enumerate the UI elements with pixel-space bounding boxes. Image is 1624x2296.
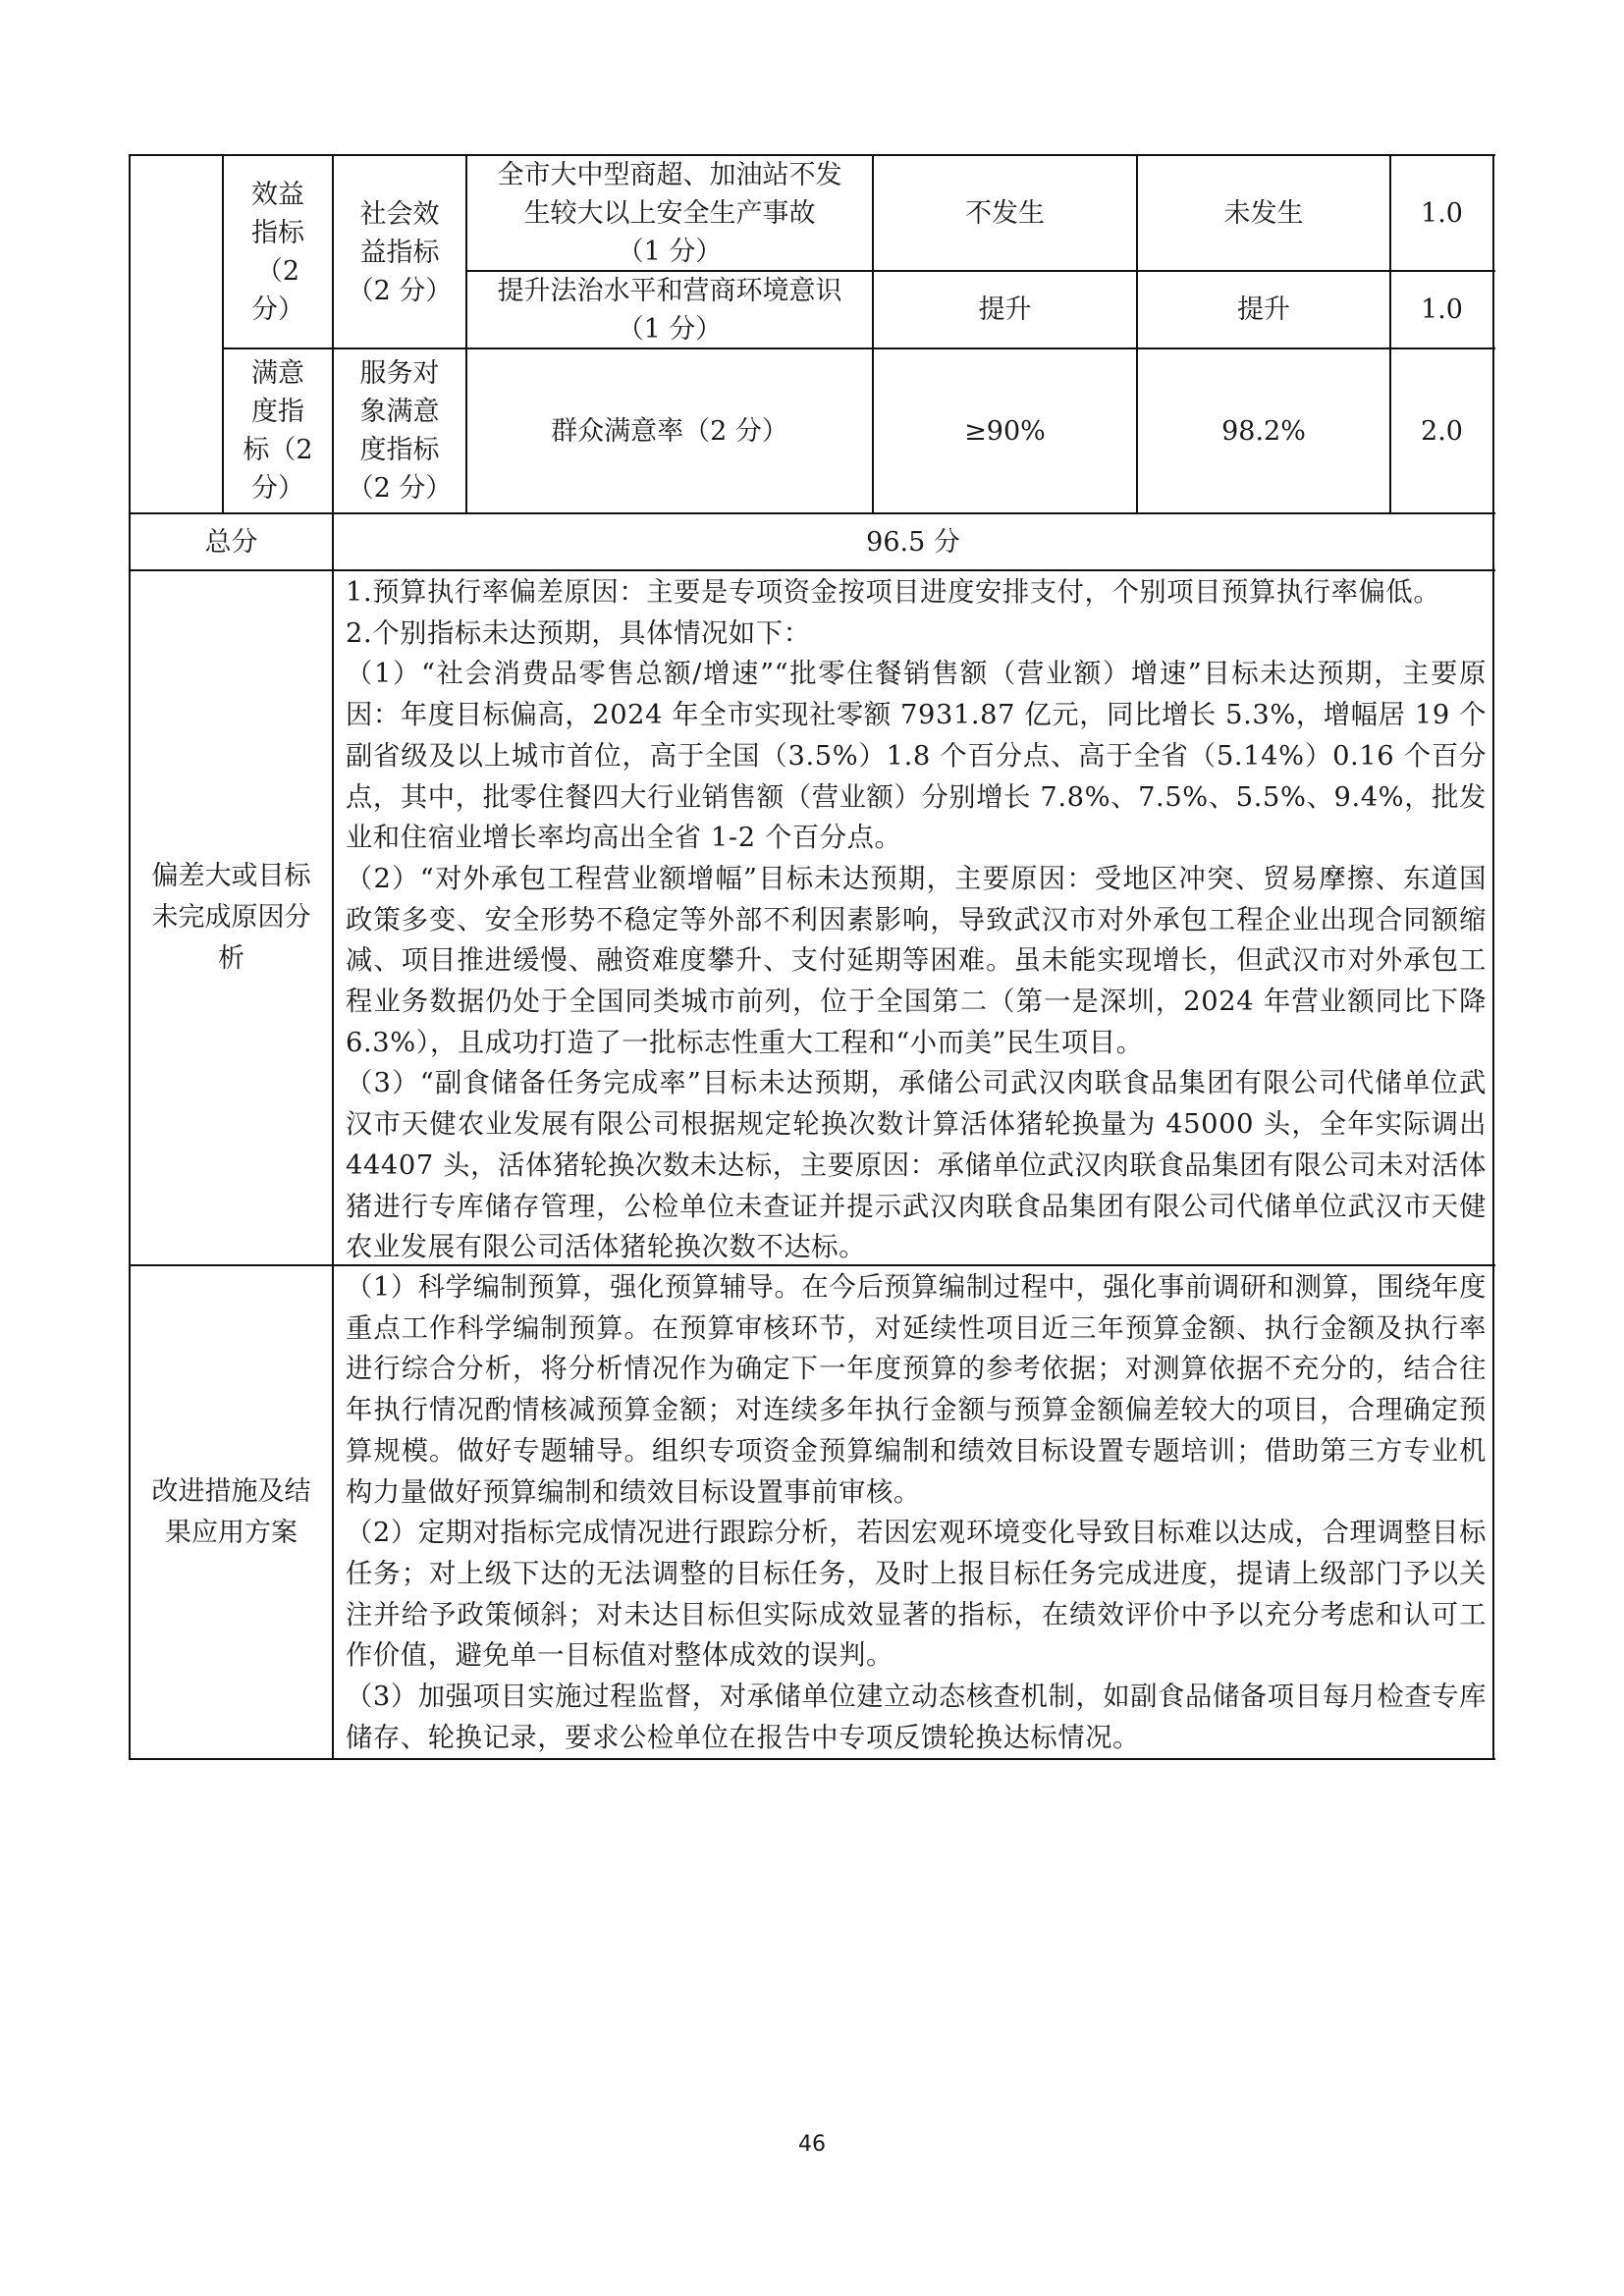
indicator-score: 2.0 — [1391, 349, 1492, 512]
analysis-content: 1.预算执行率偏差原因：主要是专项资金按项目进度安排支付，个别项目预算执行率偏低… — [346, 572, 1487, 1268]
indicator-name: 全市大中型商超、加油站不发 生较大以上安全生产事故 （1 分） — [467, 156, 872, 270]
analysis-paragraph: （2）“对外承包工程营业额增幅”目标未达预期，主要原因：受地区冲突、贸易摩擦、东… — [346, 859, 1487, 1064]
total-value: 96.5 分 — [334, 514, 1492, 569]
improvement-paragraph: （1）科学编制预算，强化预算辅导。在今后预算编制过程中，强化事前调研和测算，围绕… — [346, 1267, 1487, 1513]
indicator-actual: 98.2% — [1138, 349, 1389, 512]
level3-label: 社会效 益指标 （2 分） — [334, 156, 465, 348]
page-number: 46 — [0, 2132, 1624, 2157]
indicator-name: 提升法治水平和营商环境意识 （1 分） — [467, 272, 872, 347]
analysis-paragraph: （1）“社会消费品零售总额/增速”“批零住餐销售额（营业额）增速”目标未达预期，… — [346, 654, 1487, 859]
improvement-paragraph: （2）定期对指标完成情况进行跟踪分析，若因宏观环境变化导致目标难以达成，合理调整… — [346, 1513, 1487, 1677]
indicator-target: ≥90% — [874, 349, 1136, 512]
analysis-paragraph: （3）“副食储备任务完成率”目标未达预期，承储公司武汉肉联食品集团有限公司代储单… — [346, 1063, 1487, 1268]
improvement-content: （1）科学编制预算，强化预算辅导。在今后预算编制过程中，强化事前调研和测算，围绕… — [346, 1267, 1487, 1758]
row-divider — [130, 569, 1495, 571]
indicator-actual: 未发生 — [1138, 156, 1389, 270]
analysis-paragraph: 1.预算执行率偏差原因：主要是专项资金按项目进度安排支付，个别项目预算执行率偏低… — [346, 572, 1487, 614]
analysis-label: 偏差大或目标 未完成原因分 析 — [131, 571, 332, 1264]
improvement-paragraph: （3）加强项目实施过程监督，对承储单位建立动态核查机制，如副食品储备项目每月检查… — [346, 1677, 1487, 1758]
indicator-name: 群众满意率（2 分） — [467, 349, 872, 512]
total-label: 总分 — [131, 514, 332, 569]
indicator-target: 不发生 — [874, 156, 1136, 270]
table-border-right — [1492, 154, 1494, 1760]
indicator-target: 提升 — [874, 272, 1136, 347]
indicator-score: 1.0 — [1391, 156, 1492, 270]
level2-label: 满意 度指 标（2 分） — [224, 349, 332, 512]
level2-label: 效益 指标 （2 分） — [224, 156, 332, 348]
improvement-label: 改进措施及结 果应用方案 — [131, 1266, 332, 1758]
indicator-score: 1.0 — [1391, 272, 1492, 347]
indicator-actual: 提升 — [1138, 272, 1389, 347]
analysis-paragraph: 2.个别指标未达预期，具体情况如下： — [346, 614, 1487, 655]
level3-label: 服务对 象满意 度指标 （2 分） — [334, 349, 465, 512]
